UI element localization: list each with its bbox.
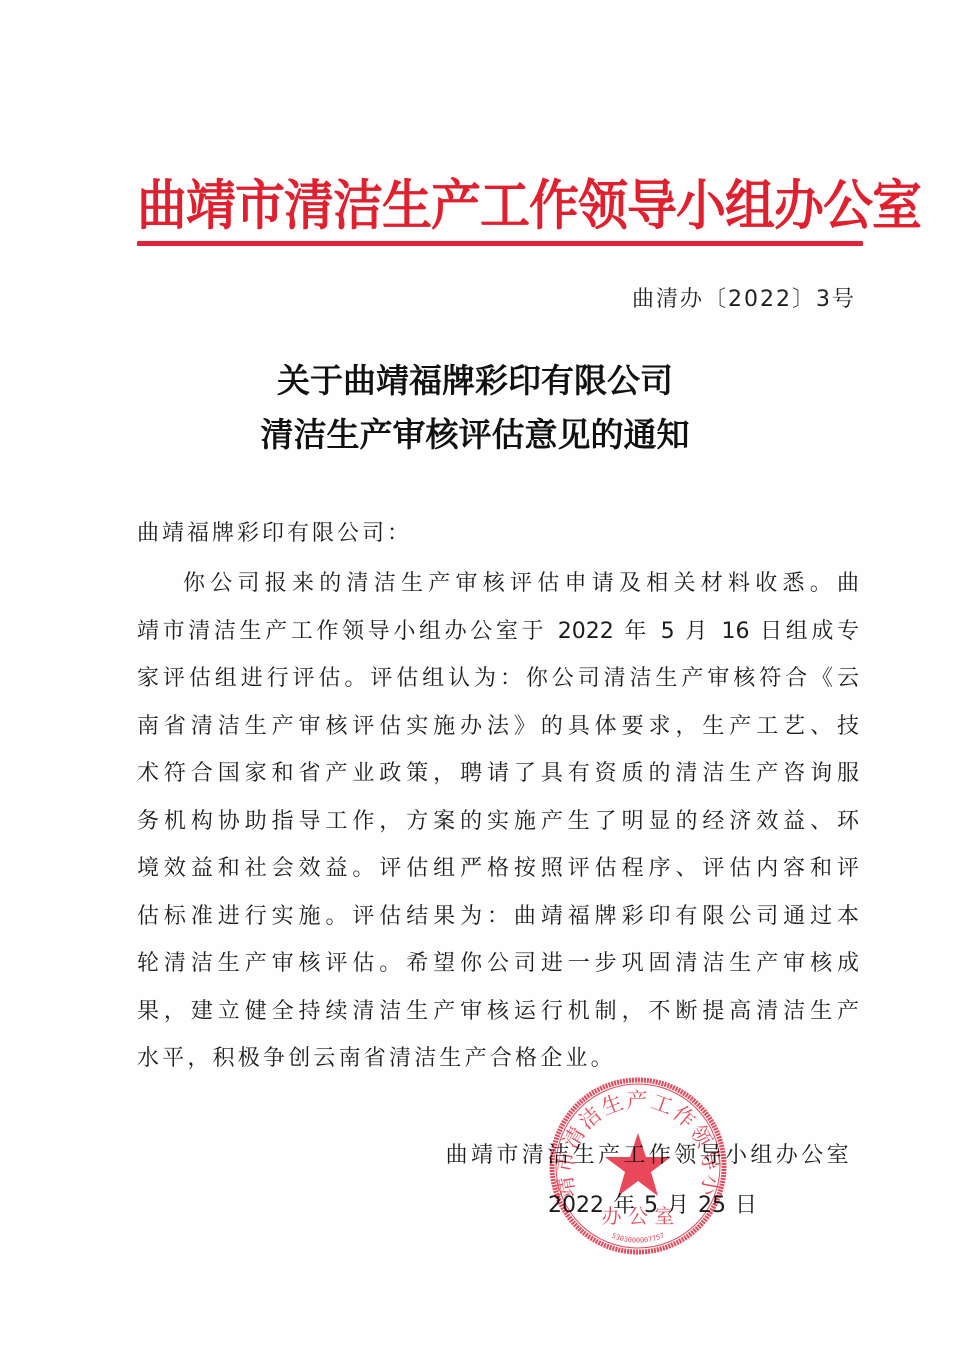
body-line: 境效益和社会效益。评估组严格按照评估程序、评估内容和评 (137, 845, 859, 893)
body-line: 南省清洁生产审核评估实施办法》的具体要求，生产工艺、技 (137, 703, 859, 751)
body-line: 你公司报来的清洁生产审核评估申请及相关材料收悉。曲 (137, 560, 859, 608)
body-line: 水平，积极争创云南省清洁生产合格企业。 (137, 1035, 859, 1083)
letterhead-title: 曲靖市清洁生产工作领导小组办公室 (137, 172, 863, 239)
body-line: 务机构协助指导工作，方案的实施产生了明显的经济效益、环 (137, 798, 859, 846)
official-seal-stamp: 曲靖市清洁生产工作领导小组 办 公 室 5303000007757 (547, 1075, 729, 1257)
body-line: 术符合国家和省产业政策，聘请了具有资质的清洁生产咨询服 (137, 750, 859, 798)
letterhead-red-rule (137, 241, 863, 246)
star-icon (605, 1133, 671, 1196)
body-paragraph: 你公司报来的清洁生产审核评估申请及相关材料收悉。曲 靖市清洁生产工作领导小组办公… (137, 560, 859, 1083)
salutation: 曲靖福牌彩印有限公司： (137, 514, 412, 554)
document-page: 曲靖市清洁生产工作领导小组办公室 曲清办〔2022〕3号 关于曲靖福牌彩印有限公… (0, 0, 966, 1349)
body-line: 轮清洁生产审核评估。希望你公司进一步巩固清洁生产审核成 (137, 940, 859, 988)
document-title-line-1: 关于曲靖福牌彩印有限公司 (0, 356, 958, 406)
document-title-line-2: 清洁生产审核评估意见的通知 (0, 410, 958, 460)
body-line: 果，建立健全持续清洁生产审核运行机制，不断提高清洁生产 (137, 988, 859, 1036)
body-line: 靖市清洁生产工作领导小组办公室于 2022 年 5 月 16 日组成专 (137, 608, 859, 656)
body-line: 估标准进行实施。评估结果为：曲靖福牌彩印有限公司通过本 (137, 893, 859, 941)
seal-bottom-text: 办 公 室 (602, 1204, 675, 1228)
seal-serial-number: 5303000007757 (611, 1232, 666, 1245)
document-number: 曲清办〔2022〕3号 (632, 284, 856, 316)
body-line: 家评估组进行评估。评估组认为：你公司清洁生产审核符合《云 (137, 655, 859, 703)
